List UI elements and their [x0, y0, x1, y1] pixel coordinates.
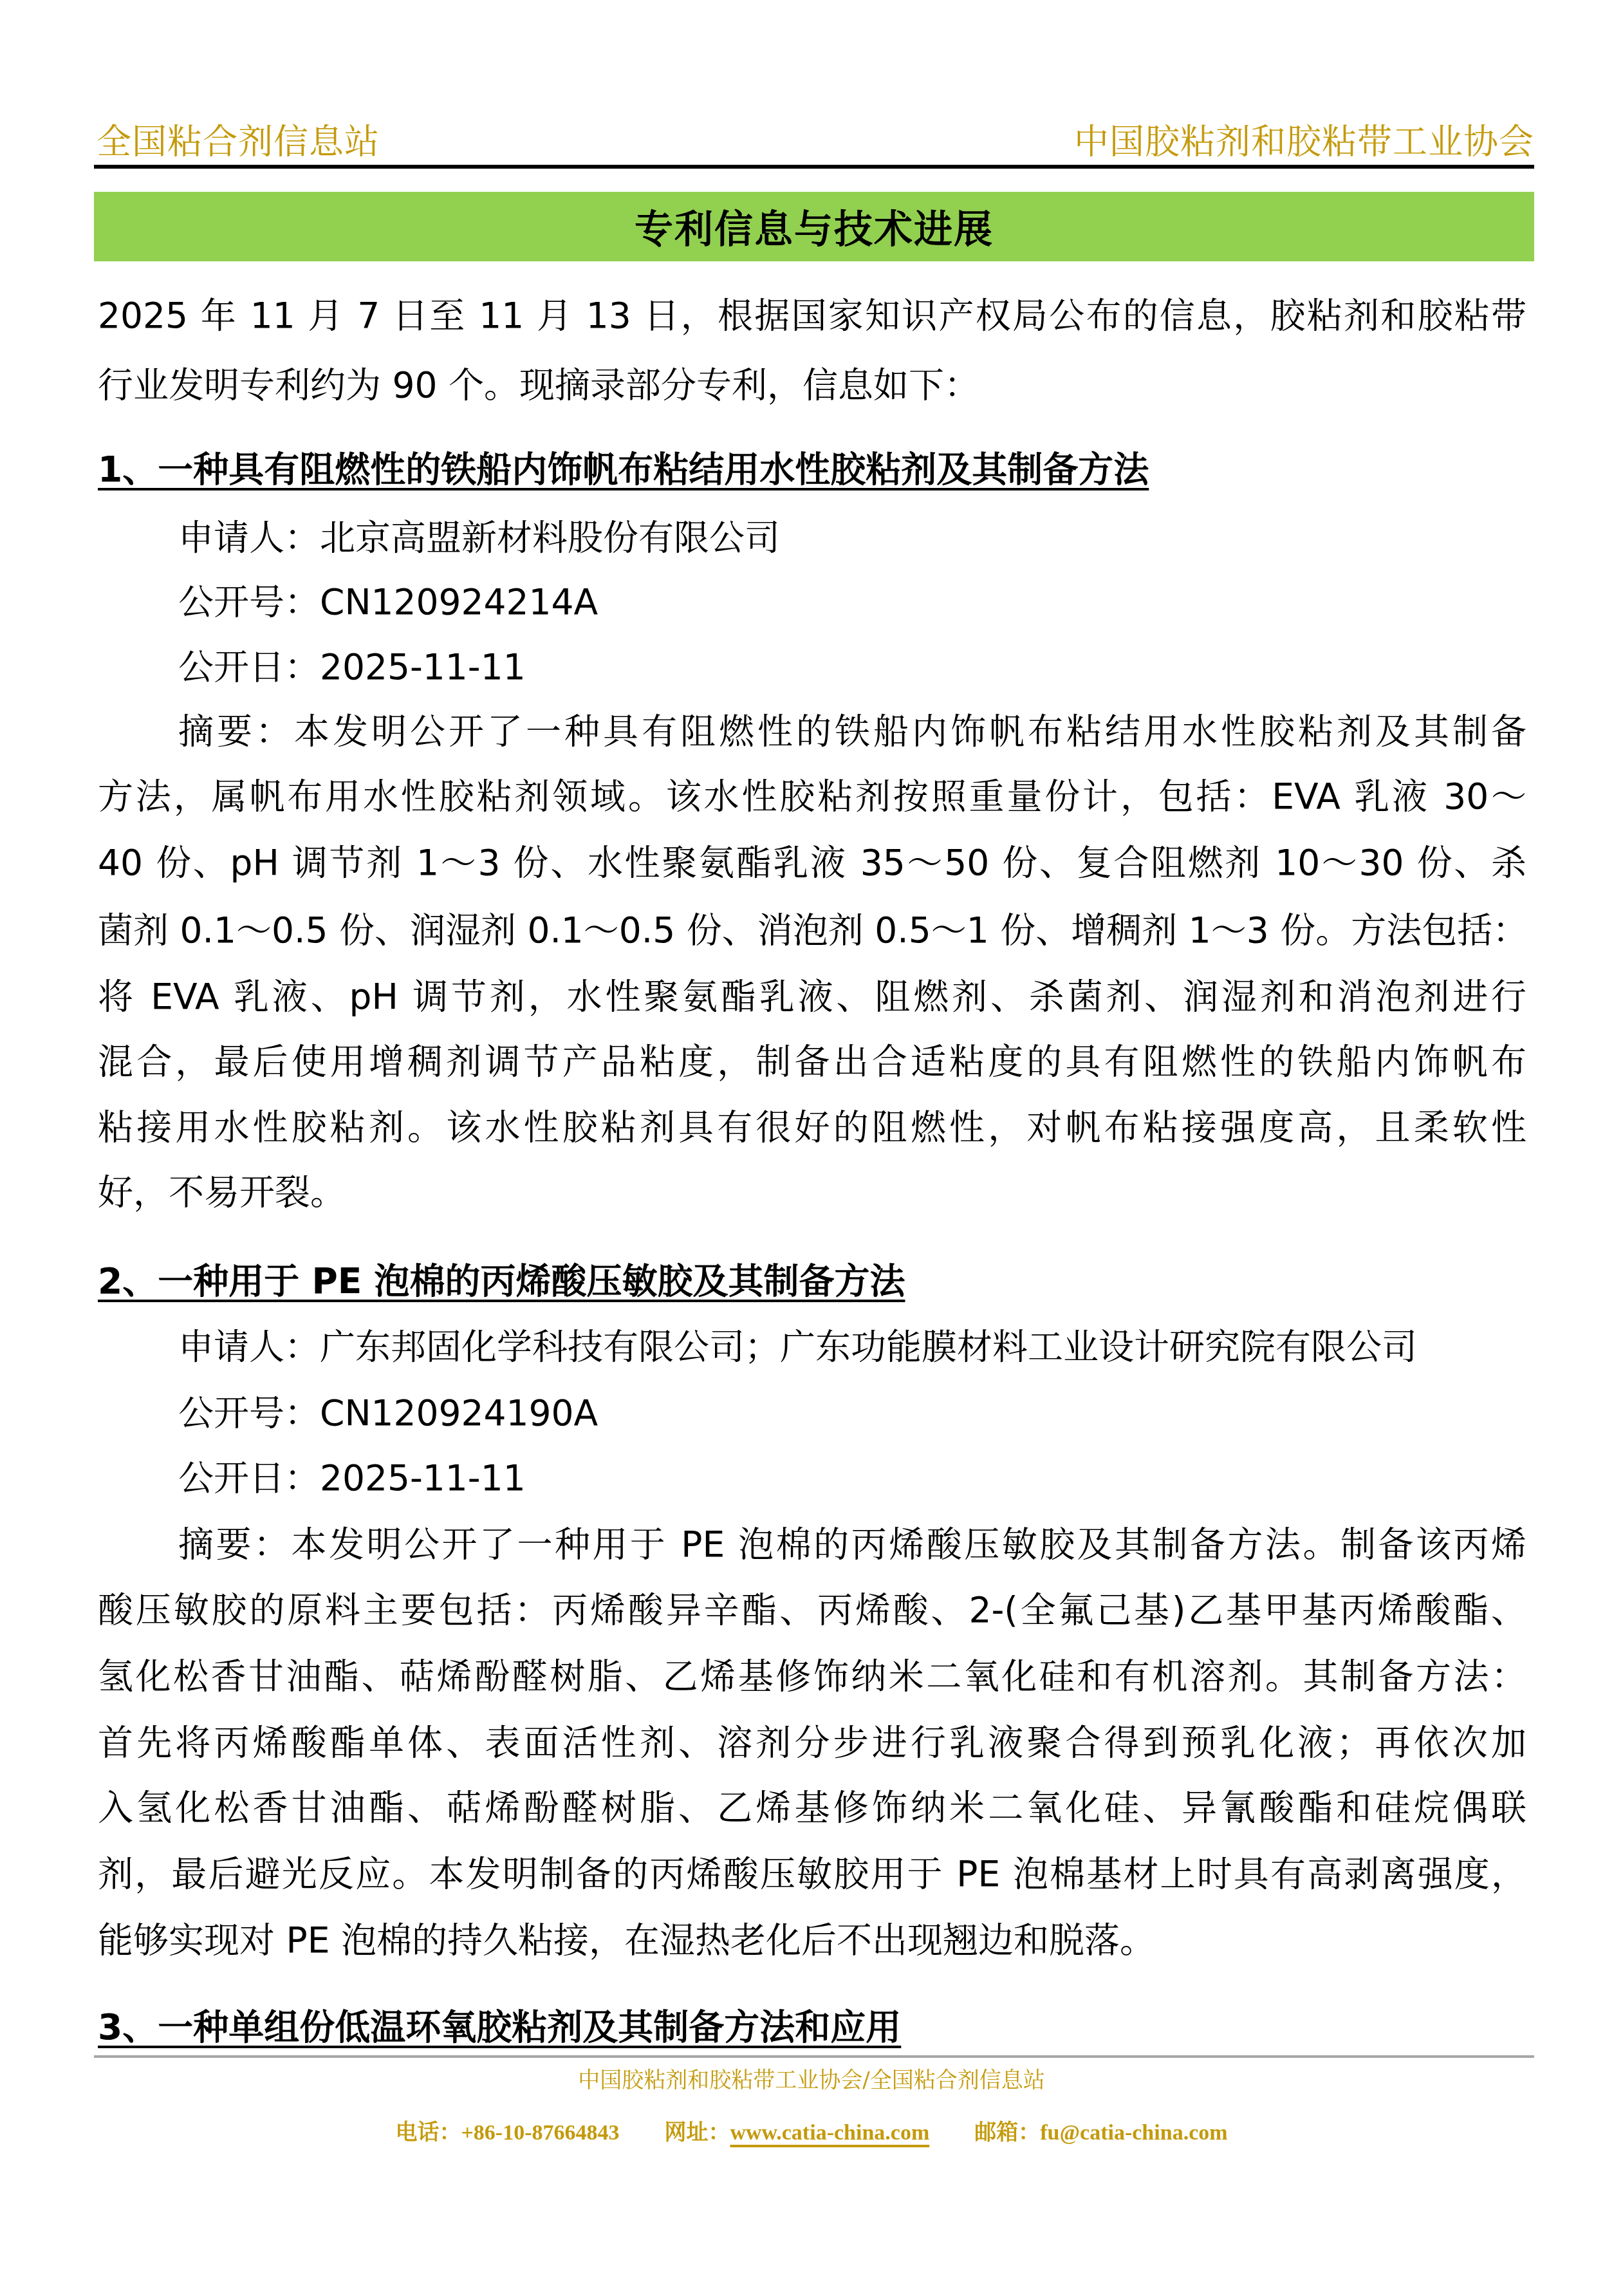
- intro-line: 2025 年 11 月 7 日至 11 月 13 日，根据国家知识产权局公布的信…: [98, 293, 1526, 338]
- patent-title: 3、一种单组份低温环氧胶粘剂及其制备方法和应用: [98, 2004, 901, 2049]
- banner-title: 专利信息与技术进展: [635, 199, 994, 254]
- footer-website-link[interactable]: www.catia-china.com: [730, 2121, 974, 2145]
- patent-applicant: 申请人：广东邦固化学科技有限公司；广东功能膜材料工业设计研究院有限公司: [178, 1324, 1526, 1369]
- patent-publication-date: 公开日：2025-11-11: [178, 1455, 1526, 1500]
- patent-abstract-line: 混合，最后使用增稠剂调节产品粘度，制备出合适粘度的具有阻燃性的铁船内饰帆布: [98, 1039, 1526, 1084]
- footer-email: 邮箱：fu@catia-china.com: [974, 2121, 1227, 2145]
- patent-abstract-line: 氢化松香甘油酯、萜烯酚醛树脂、乙烯基修饰纳米二氧化硅和有机溶剂。其制备方法：: [98, 1654, 1526, 1699]
- footer-contact: 电话：+86-10-87664843网址：www.catia-china.com…: [0, 2118, 1623, 2149]
- footer-website-text[interactable]: www.catia-china.com: [730, 2121, 929, 2145]
- patent-title: 1、一种具有阻燃性的铁船内饰帆布粘结用水性胶粘剂及其制备方法: [98, 447, 1149, 492]
- patent-abstract-line: 剂，最后避光反应。本发明制备的丙烯酸压敏胶用于 PE 泡棉基材上时具有高剥离强度…: [98, 1851, 1526, 1896]
- patent-publication-date: 公开日：2025-11-11: [178, 644, 1526, 689]
- patent-abstract-line: 40 份、pH 调节剂 1～3 份、水性聚氨酯乳液 35～50 份、复合阻燃剂 …: [98, 840, 1526, 885]
- header-right-title: 中国胶粘剂和胶粘带工业协会: [1074, 120, 1534, 165]
- patent-abstract-line: 摘要：本发明公开了一种用于 PE 泡棉的丙烯酸压敏胶及其制备方法。制备该丙烯: [178, 1522, 1526, 1567]
- header-divider: [94, 165, 1534, 169]
- footer-phone: 电话：+86-10-87664843: [395, 2121, 619, 2145]
- patent-abstract-line: 能够实现对 PE 泡棉的持久粘接，在湿热老化后不出现翘边和脱落。: [98, 1918, 1526, 1963]
- footer-organization: 中国胶粘剂和胶粘带工业协会/全国粘合剂信息站: [0, 2066, 1623, 2095]
- patent-abstract-line: 方法，属帆布用水性胶粘剂领域。该水性胶粘剂按照重量份计，包括：EVA 乳液 30…: [98, 774, 1526, 819]
- footer-divider: [94, 2055, 1534, 2058]
- patent-abstract-line: 菌剂 0.1～0.5 份、润湿剂 0.1～0.5 份、消泡剂 0.5～1 份、增…: [98, 908, 1526, 953]
- patent-title: 2、一种用于 PE 泡棉的丙烯酸压敏胶及其制备方法: [98, 1258, 905, 1303]
- intro-line: 行业发明专利约为 90 个。现摘录部分专利，信息如下：: [98, 362, 1526, 407]
- patent-abstract-line: 酸压敏胶的原料主要包括：丙烯酸异辛酯、丙烯酸、2-(全氟己基)乙基甲基丙烯酸酯、: [98, 1587, 1526, 1632]
- patent-abstract-line: 粘接用水性胶粘剂。该水性胶粘剂具有很好的阻燃性，对帆布粘接强度高，且柔软性: [98, 1105, 1526, 1150]
- section-banner: 专利信息与技术进展: [94, 192, 1534, 261]
- patent-abstract-line: 好，不易开裂。: [98, 1170, 1526, 1215]
- patent-abstract-line: 入氢化松香甘油酯、萜烯酚醛树脂、乙烯基修饰纳米二氧化硅、异氰酸酯和硅烷偶联: [98, 1785, 1526, 1830]
- header-left-title: 全国粘合剂信息站: [97, 120, 380, 165]
- patent-abstract-line: 将 EVA 乳液、pH 调节剂，水性聚氨酯乳液、阻燃剂、杀菌剂、润湿剂和消泡剂进…: [98, 974, 1526, 1019]
- patent-abstract-line: 首先将丙烯酸酯单体、表面活性剂、溶剂分步进行乳液聚合得到预乳化液；再依次加: [98, 1720, 1526, 1765]
- footer-website-label: 网址：: [664, 2121, 730, 2145]
- patent-abstract-line: 摘要：本发明公开了一种具有阻燃性的铁船内饰帆布粘结用水性胶粘剂及其制备: [178, 709, 1526, 754]
- patent-applicant: 申请人：北京高盟新材料股份有限公司: [178, 515, 1526, 560]
- patent-publication-number: 公开号：CN120924190A: [178, 1390, 1526, 1435]
- patent-publication-number: 公开号：CN120924214A: [178, 579, 1526, 624]
